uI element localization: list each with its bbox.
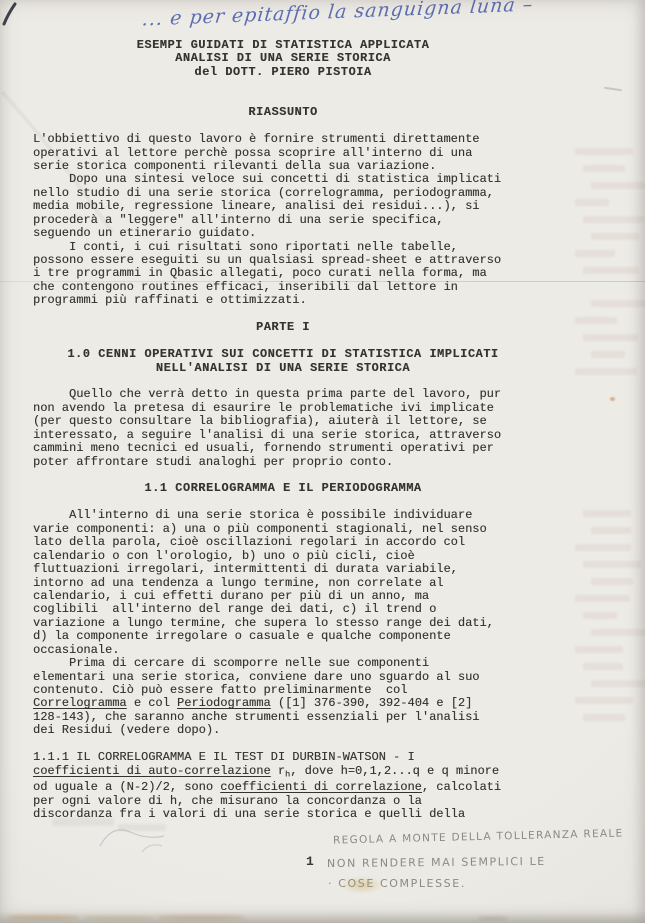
text-line: interessato, a seguire l'analisi di una … bbox=[33, 429, 533, 442]
bottom-shadow-strip bbox=[0, 911, 645, 923]
text-line: od uguale a (N-2)/2, sono coefficienti d… bbox=[33, 781, 533, 794]
text-line: Prima di cercare di scomporre nelle sue … bbox=[33, 657, 533, 670]
text-line: media mobile, regressione lineare, anali… bbox=[33, 200, 533, 213]
bleed-through-artifact bbox=[575, 317, 617, 324]
text-line: Quello che verrà detto in questa prima p… bbox=[33, 388, 533, 401]
scanned-document-page: ... e per epitaffio la sanguigna luna – … bbox=[0, 0, 645, 923]
text-line bbox=[33, 93, 533, 106]
text-line: seguendo un etinerario guidato. bbox=[33, 227, 533, 240]
pen-slash-mark bbox=[4, 4, 15, 24]
faint-pencil-scribble bbox=[142, 845, 162, 852]
scan-line-artifact bbox=[0, 281, 645, 282]
handwritten-ink-note: ... e per epitaffio la sanguigna luna – bbox=[141, 0, 535, 31]
text-line: occasionale. bbox=[33, 644, 533, 657]
bleed-through-artifact bbox=[591, 182, 645, 189]
text-line: programmi più raffinati e ottimizzati. bbox=[33, 294, 533, 307]
pencil-dash bbox=[604, 87, 622, 91]
typed-text: ESEMPI GUIDATI DI STATISTICA APPLICATAAN… bbox=[33, 39, 533, 822]
bleed-through-artifact bbox=[591, 351, 625, 358]
bleed-through-artifact bbox=[591, 629, 645, 636]
text-line: NELL'ANALISI DI UNA SERIE STORICA bbox=[33, 362, 533, 375]
bleed-through-artifact bbox=[591, 233, 639, 240]
faint-pencil-scribble bbox=[100, 830, 164, 846]
text-line bbox=[33, 335, 533, 348]
text-line bbox=[33, 120, 533, 133]
text-line: (per questo consultare la bibliografia),… bbox=[33, 415, 533, 428]
text-line: non avendo la pretesa di esaurire le pro… bbox=[33, 402, 533, 415]
bleed-through-artifact bbox=[575, 646, 623, 653]
text-line: 1.1.1 IL CORRELOGRAMMA E IL TEST DI DURB… bbox=[33, 751, 533, 764]
text-line: possono essere eseguiti su un qualsiasi … bbox=[33, 254, 533, 267]
bleed-through-artifact bbox=[583, 612, 617, 619]
bleed-through-artifact bbox=[583, 714, 625, 721]
text-line: nello studio di una serie storica (corre… bbox=[33, 187, 533, 200]
text-line: calendario o con l'orologio, b) uno o pi… bbox=[33, 550, 533, 563]
bleed-through-artifact bbox=[591, 527, 631, 534]
bleed-through-artifact bbox=[591, 578, 633, 585]
text-line: del DOTT. PIERO PISTOIA bbox=[33, 66, 533, 79]
text-line: che contengono routines efficaci, inseri… bbox=[33, 281, 533, 294]
ink-speck bbox=[610, 397, 615, 401]
bleed-through-artifact bbox=[575, 250, 615, 257]
text-line: fluttuazioni irregolari, intermittenti d… bbox=[33, 563, 533, 576]
text-line: coefficienti di auto-correlazione rh, do… bbox=[33, 765, 533, 782]
handwritten-pencil-note-2: NON RENDERE MAI SEMPLICI LE bbox=[327, 855, 546, 870]
text-line: d) la componente irregolare o casuale e … bbox=[33, 630, 533, 643]
text-line bbox=[33, 79, 533, 92]
bleed-through-artifact bbox=[583, 663, 623, 670]
bleed-through-artifact bbox=[575, 368, 637, 375]
bleed-through-artifact bbox=[575, 697, 633, 704]
text-line: poter affrontare studi analoghi per prop… bbox=[33, 456, 533, 469]
bleed-through-artifact bbox=[583, 216, 645, 223]
text-line bbox=[33, 738, 533, 751]
bleed-through-artifact bbox=[591, 680, 645, 687]
text-line: elementari una serie storica, conviene d… bbox=[33, 671, 533, 684]
text-line: procederà a "leggere" all'interno di una… bbox=[33, 214, 533, 227]
text-line: varie componenti: a) una o più component… bbox=[33, 523, 533, 536]
text-line: operativi al lettore perchè possa scopri… bbox=[33, 147, 533, 160]
bleed-through-artifact bbox=[575, 148, 633, 155]
text-line: ANALISI DI UNA SERIE STORICA bbox=[33, 52, 533, 65]
text-line: 1.0 CENNI OPERATIVI SUI CONCETTI DI STAT… bbox=[33, 348, 533, 361]
text-line: Dopo una sintesi veloce sui concetti di … bbox=[33, 173, 533, 186]
bleed-through-artifact bbox=[52, 818, 114, 826]
text-line bbox=[33, 496, 533, 509]
text-line: PARTE I bbox=[33, 321, 533, 334]
text-line: serie storica componenti rilevanti della… bbox=[33, 160, 533, 173]
text-line bbox=[33, 375, 533, 388]
text-line: contenuto. Ciò può essere fatto prelimin… bbox=[33, 684, 533, 697]
text-line: 128-143), che saranno anche strumenti es… bbox=[33, 711, 533, 724]
text-line: dei Residui (vedere dopo). bbox=[33, 724, 533, 737]
text-line: calendario, i cui effetti durano per più… bbox=[33, 590, 533, 603]
bleed-through-artifact bbox=[583, 561, 641, 568]
text-line: cammini meno tecnici ed usuali, fornendo… bbox=[33, 442, 533, 455]
text-line: per ogni valore di h, che misurano la co… bbox=[33, 795, 533, 808]
bleed-through-artifact bbox=[575, 595, 630, 602]
bleed-through-artifact bbox=[575, 199, 609, 206]
text-line: Correlogramma e col Periodogramma ([1] 3… bbox=[33, 697, 533, 710]
paper-stain bbox=[340, 876, 384, 894]
handwritten-pencil-note-1: REGOLA A MONTE DELLA TOLLERANZA REALE bbox=[333, 827, 624, 846]
text-line bbox=[33, 308, 533, 321]
text-line: ESEMPI GUIDATI DI STATISTICA APPLICATA bbox=[33, 39, 533, 52]
bleed-through-artifact bbox=[118, 824, 166, 831]
bleed-through-artifact bbox=[583, 510, 631, 517]
text-line: lato della parola, cioè oscillazioni reg… bbox=[33, 536, 533, 549]
bleed-through-artifact bbox=[583, 165, 625, 172]
text-line: i tre programmi in Qbasic allegati, poco… bbox=[33, 267, 533, 280]
text-line: All'interno di una serie storica è possi… bbox=[33, 509, 533, 522]
text-line: I conti, i cui risultati sono riportati … bbox=[33, 241, 533, 254]
bleed-through-artifact bbox=[583, 334, 638, 341]
bleed-through-artifact bbox=[583, 267, 639, 274]
text-line: 1.1 CORRELOGRAMMA E IL PERIODOGRAMMA bbox=[33, 482, 533, 495]
text-line: RIASSUNTO bbox=[33, 106, 533, 119]
bleed-through-artifact bbox=[591, 300, 645, 307]
text-line: variazione a lungo termine, che supera l… bbox=[33, 617, 533, 630]
page-number: 1 bbox=[306, 854, 314, 869]
bleed-through-artifact bbox=[575, 544, 631, 551]
text-line: L'obbiettivo di questo lavoro è fornire … bbox=[33, 133, 533, 146]
text-line: intorno ad una tendenza a lungo termine,… bbox=[33, 577, 533, 590]
text-line: coglibili all'interno del range dei dati… bbox=[33, 603, 533, 616]
text-line bbox=[33, 469, 533, 482]
